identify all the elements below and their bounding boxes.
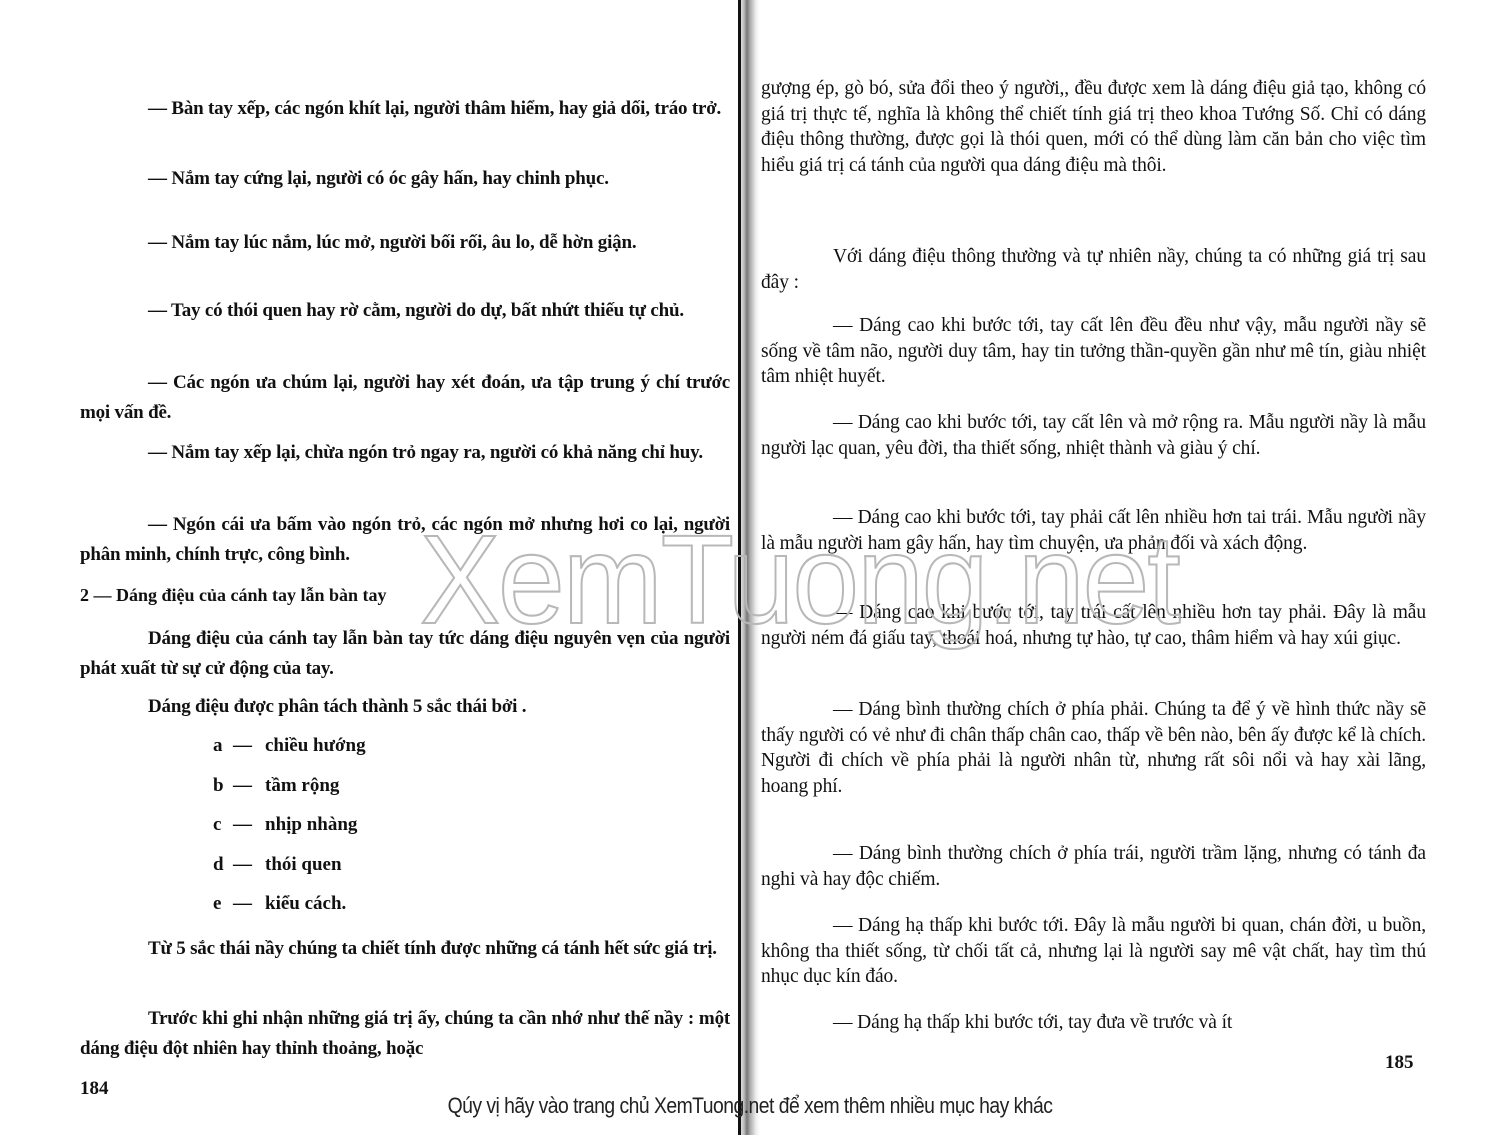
list-item: e—kiểu cách. — [213, 889, 366, 929]
paragraph: Với dáng điệu thông thường và tự nhiên n… — [761, 244, 1426, 295]
paragraph: — Dáng bình thường chích ở phía phải. Ch… — [761, 697, 1426, 799]
paragraph: — Tay có thói quen hay rờ cằm, người do … — [80, 296, 730, 326]
list-item: c—nhịp nhàng — [213, 810, 366, 850]
paragraph: — Ngón cái ưa bấm vào ngón trỏ, các ngón… — [80, 510, 730, 570]
paragraph: — Dáng cao khi bước tới, tay cất lên đều… — [761, 313, 1426, 390]
paragraph: gượng ép, gò bó, sửa đổi theo ý người,, … — [761, 76, 1426, 178]
paragraph: — Nắm tay xếp lại, chừa ngón trỏ ngay ra… — [80, 438, 730, 468]
page-number: 185 — [1385, 1052, 1414, 1074]
list-intro: Dáng điệu được phân tách thành 5 sắc thá… — [148, 692, 708, 722]
section-heading: 2 — Dáng điệu của cánh tay lẫn bàn tay — [80, 585, 387, 606]
paragraph: — Nắm tay cứng lại, người có óc gây hấn,… — [80, 164, 730, 194]
paragraph: Trước khi ghi nhận những giá trị ấy, chú… — [80, 1004, 730, 1064]
paragraph: — Nắm tay lúc nắm, lúc mở, người bối rối… — [80, 228, 730, 258]
footer-banner: Qúy vị hãy vào trang chủ XemTuong.net để… — [90, 1093, 1410, 1119]
paragraph: — Bàn tay xếp, các ngón khít lại, người … — [80, 94, 730, 124]
paragraph: — Các ngón ưa chúm lại, người hay xét đo… — [80, 368, 730, 428]
intro-paragraph: Dáng điệu của cánh tay lẫn bàn tay tức d… — [80, 624, 730, 684]
paragraph: — Dáng cao khi bước tới, tay trái cất lê… — [761, 600, 1426, 651]
list-item: d—thói quen — [213, 850, 366, 890]
right-page: gượng ép, gò bó, sửa đổi theo ý người,, … — [755, 0, 1500, 1135]
paragraph: — Dáng bình thường chích ở phía trái, ng… — [761, 841, 1426, 892]
left-page: — Bàn tay xếp, các ngón khít lại, người … — [0, 0, 745, 1135]
paragraph: — Dáng hạ thấp khi bước tới. Đây là mẫu … — [761, 913, 1426, 990]
tone-list: a—chiều hướng b—tầm rộng c—nhịp nhàng d—… — [213, 731, 366, 929]
paragraph: Từ 5 sắc thái nầy chúng ta chiết tính đư… — [80, 934, 730, 964]
list-item: a—chiều hướng — [213, 731, 366, 771]
paragraph: — Dáng cao khi bước tới, tay cất lên và … — [761, 410, 1426, 461]
paragraph: — Dáng hạ thấp khi bước tới, tay đưa về … — [761, 1010, 1426, 1036]
paragraph: — Dáng cao khi bước tới, tay phải cất lê… — [761, 505, 1426, 556]
list-item: b—tầm rộng — [213, 771, 366, 811]
